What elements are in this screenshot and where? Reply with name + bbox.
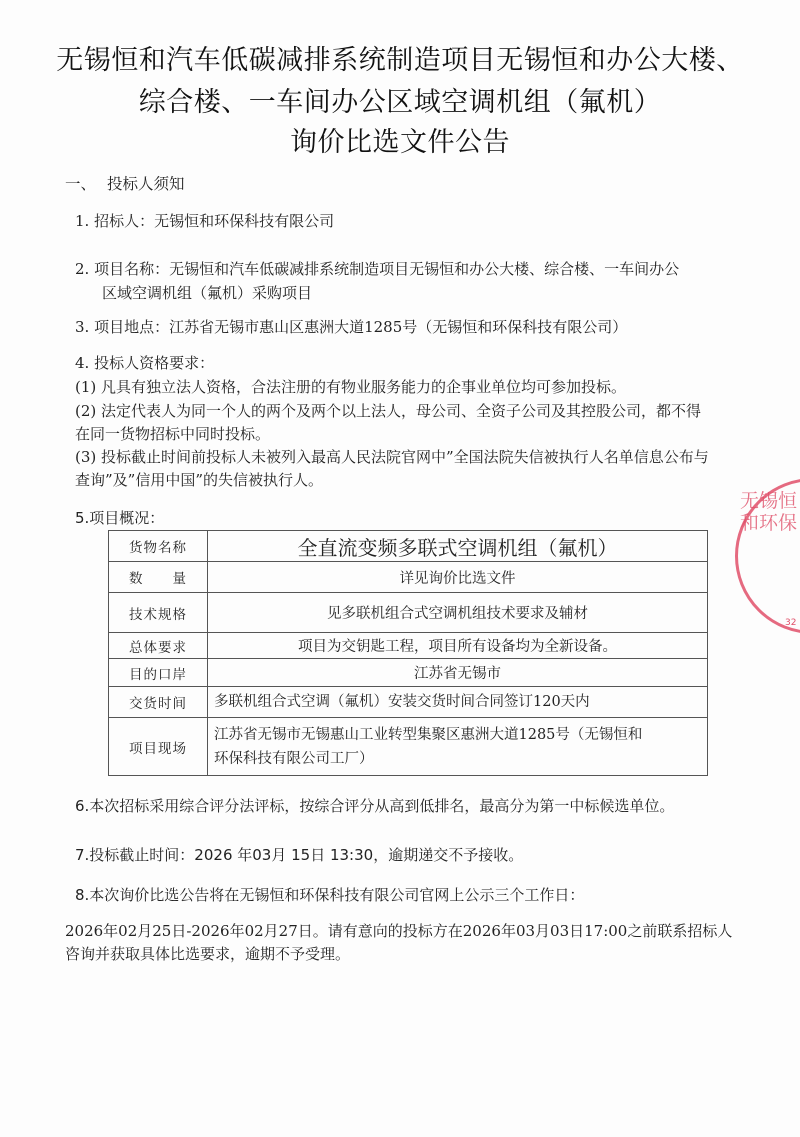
table-row: 目的口岸 江苏省无锡市: [109, 659, 708, 687]
table-value-line-2: 环保科技有限公司工厂）: [214, 747, 701, 771]
table-key: 交货时间: [109, 687, 208, 718]
item-8-continuation-line-1: 2026年02月25日-2026年02月27日。请有意向的投标方在2026年03…: [65, 920, 732, 942]
table-row: 技术规格 见多联机组合式空调机组技术要求及辅材: [109, 593, 708, 633]
document-title-line-2: 综合楼、一车间办公区域空调机组（氟机）: [0, 80, 800, 119]
item-5-overview-title: 5.项目概况：: [75, 507, 164, 529]
item-4-requirement-2-line-2: 在同一货物招标中同时投标。: [75, 423, 270, 445]
item-4-requirement-1: (1) 凡具有独立法人资格，合法注册的有物业服务能力的企事业单位均可参加投标。: [75, 376, 626, 398]
table-value: 江苏省无锡市无锡惠山工业转型集聚区惠洲大道1285号（无锡恒和 环保科技有限公司…: [208, 718, 708, 776]
table-value: 详见询价比选文件: [208, 562, 708, 593]
item-4-requirement-2-line-1: (2) 法定代表人为同一个人的两个及两个以上法人，母公司、全资子公司及其控股公司…: [75, 400, 701, 422]
item-4-qualification-title: 4. 投标人资格要求：: [75, 352, 214, 374]
item-3-project-location: 3. 项目地点：江苏省无锡市惠山区惠洲大道1285号（无锡恒和环保科技有限公司）: [75, 316, 627, 338]
item-8-continuation-line-2: 咨询并获取具体比选要求，逾期不予受理。: [65, 943, 350, 965]
table-value: 江苏省无锡市: [208, 659, 708, 687]
section-label: 投标人须知: [107, 175, 185, 193]
table-value: 项目为交钥匙工程，项目所有设备均为全新设备。: [208, 633, 708, 659]
company-seal-text: 无锡恒和环保: [740, 490, 800, 620]
table-row: 总体要求 项目为交钥匙工程，项目所有设备均为全新设备。: [109, 633, 708, 659]
section-number: 一、: [65, 173, 107, 195]
item-6-evaluation-method: 6.本次招标采用综合评分法评标，按综合评分从高到低排名，最高分为第一中标候选单位…: [75, 795, 674, 817]
table-key: 项目现场: [109, 718, 208, 776]
item-4-requirement-3-line-1: (3) 投标截止时间前投标人未被列入最高人民法院官网中”全国法院失信被执行人名单…: [75, 446, 709, 468]
company-seal-code: 32: [785, 618, 796, 628]
section-heading: 一、投标人须知: [65, 173, 185, 195]
table-value: 全直流变频多联式空调机组（氟机）: [208, 531, 708, 562]
table-value: 多联机组合式空调（氟机）安装交货时间合同签订120天内: [208, 687, 708, 718]
item-2-project-name-line-1: 2. 项目名称：无锡恒和汽车低碳减排系统制造项目无锡恒和办公大楼、综合楼、一车间…: [75, 258, 679, 280]
item-8-publication: 8.本次询价比选公告将在无锡恒和环保科技有限公司官网上公示三个工作日：: [75, 884, 584, 906]
document-title-line-1: 无锡恒和汽车低碳减排系统制造项目无锡恒和办公大楼、: [0, 38, 800, 77]
table-key: 总体要求: [109, 633, 208, 659]
document-title-line-3: 询价比选文件公告: [0, 120, 800, 159]
table-row: 项目现场 江苏省无锡市无锡惠山工业转型集聚区惠洲大道1285号（无锡恒和 环保科…: [109, 718, 708, 776]
table-key: 数 量: [109, 562, 208, 593]
table-key: 货物名称: [109, 531, 208, 562]
item-4-requirement-3-line-2: 查询”及”信用中国”的失信被执行人。: [75, 469, 323, 491]
project-overview-table: 货物名称 全直流变频多联式空调机组（氟机） 数 量 详见询价比选文件 技术规格 …: [108, 530, 708, 776]
table-row: 交货时间 多联机组合式空调（氟机）安装交货时间合同签订120天内: [109, 687, 708, 718]
table-value: 见多联机组合式空调机组技术要求及辅材: [208, 593, 708, 633]
item-7-deadline: 7.投标截止时间：2026 年03月 15日 13:30，逾期递交不予接收。: [75, 844, 523, 866]
table-value-line-1: 江苏省无锡市无锡惠山工业转型集聚区惠洲大道1285号（无锡恒和: [214, 723, 701, 747]
table-key: 技术规格: [109, 593, 208, 633]
item-1-tenderer: 1. 招标人：无锡恒和环保科技有限公司: [75, 210, 334, 232]
table-row: 数 量 详见询价比选文件: [109, 562, 708, 593]
table-key: 目的口岸: [109, 659, 208, 687]
item-2-project-name-line-2: 区域空调机组（氟机）采购项目: [102, 282, 312, 304]
table-row: 货物名称 全直流变频多联式空调机组（氟机）: [109, 531, 708, 562]
